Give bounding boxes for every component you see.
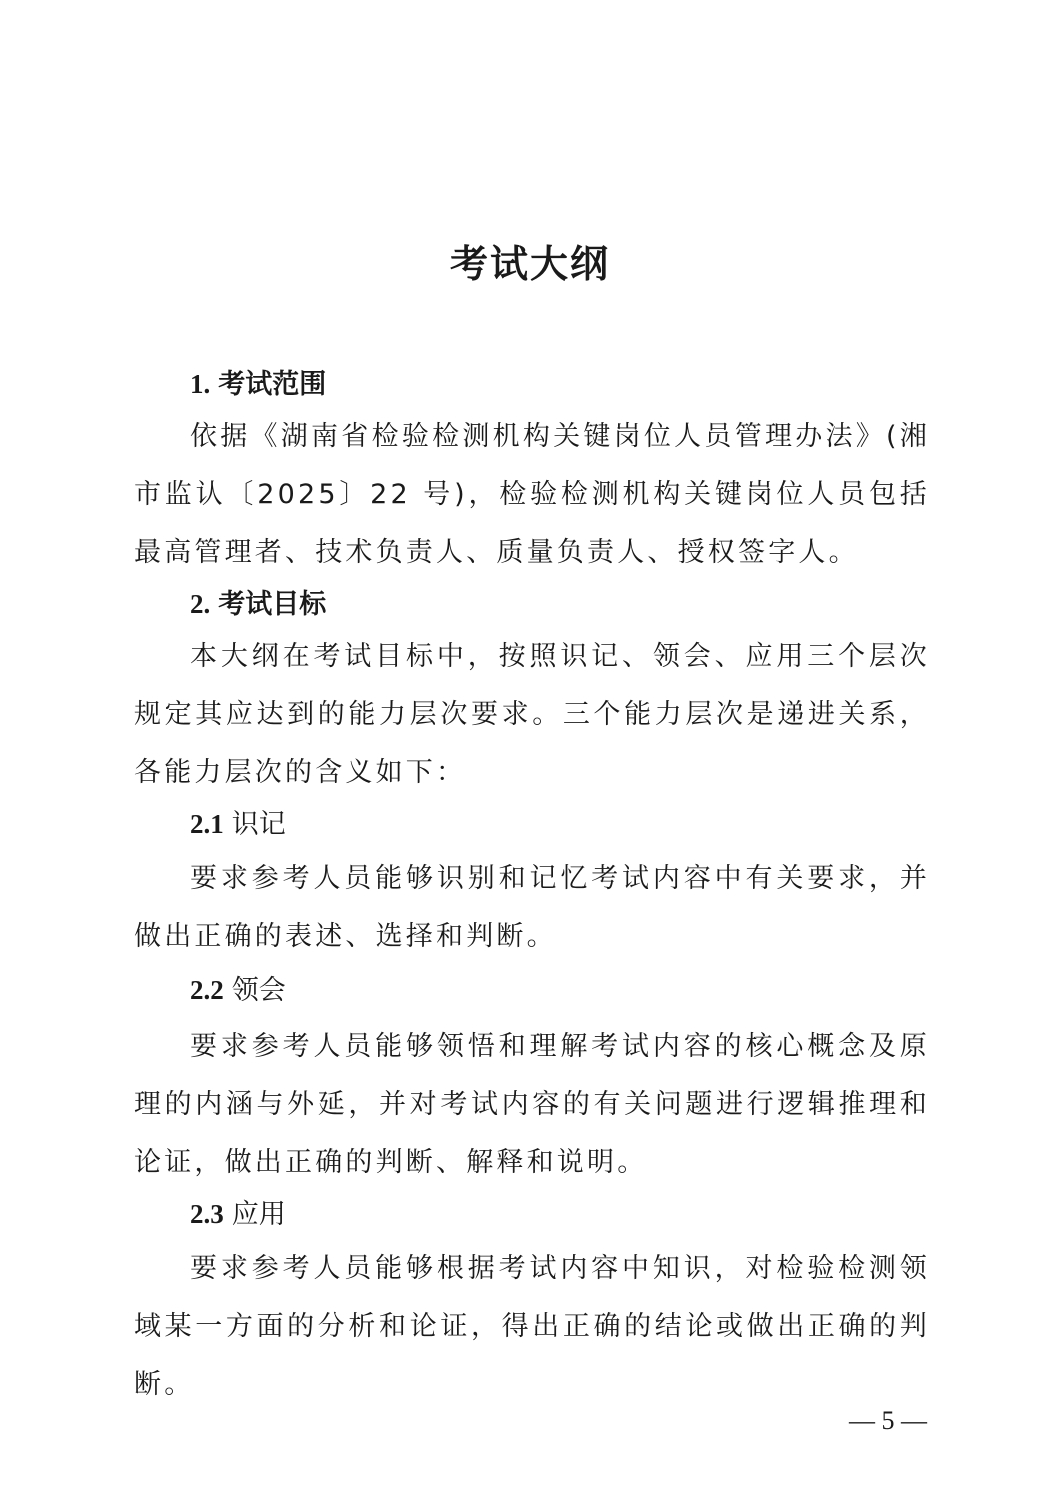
section-heading-2-3: 2.3应用 <box>190 1194 286 1235</box>
section-heading-2-2: 2.2领会 <box>190 970 286 1011</box>
section-paragraph-2: 本大纲在考试目标中，按照识记、领会、应用三个层次规定其应达到的能力层次要求。三个… <box>134 628 930 802</box>
page-title: 考试大纲 <box>0 236 1060 292</box>
section-number: 2. <box>190 589 210 619</box>
document-page: 考试大纲 1.考试范围 依据《湖南省检验检测机构关键岗位人员管理办法》(湘市监认… <box>0 0 1060 1500</box>
section-number: 2.2 <box>190 975 224 1005</box>
section-paragraph-2-3: 要求参考人员能够根据考试内容中知识，对检验检测领域某一方面的分析和论证，得出正确… <box>134 1240 930 1414</box>
section-heading-text: 考试目标 <box>218 589 326 620</box>
section-heading-2-1: 2.1识记 <box>190 804 286 845</box>
section-number: 1. <box>190 369 210 399</box>
page-number: — 5 — <box>838 1406 938 1436</box>
section-number: 2.1 <box>190 809 224 839</box>
section-heading-2: 2.考试目标 <box>190 584 326 625</box>
section-paragraph-1: 依据《湖南省检验检测机构关键岗位人员管理办法》(湘市监认〔2025〕22 号)，… <box>134 408 930 582</box>
section-heading-text: 应用 <box>232 1199 286 1230</box>
section-heading-text: 领会 <box>232 975 286 1006</box>
section-heading-text: 识记 <box>232 809 286 840</box>
section-paragraph-2-2: 要求参考人员能够领悟和理解考试内容的核心概念及原理的内涵与外延，并对考试内容的有… <box>134 1018 930 1192</box>
section-paragraph-2-1: 要求参考人员能够识别和记忆考试内容中有关要求，并做出正确的表述、选择和判断。 <box>134 850 930 966</box>
section-heading-text: 考试范围 <box>218 369 326 400</box>
section-number: 2.3 <box>190 1199 224 1229</box>
section-heading-1: 1.考试范围 <box>190 364 326 405</box>
